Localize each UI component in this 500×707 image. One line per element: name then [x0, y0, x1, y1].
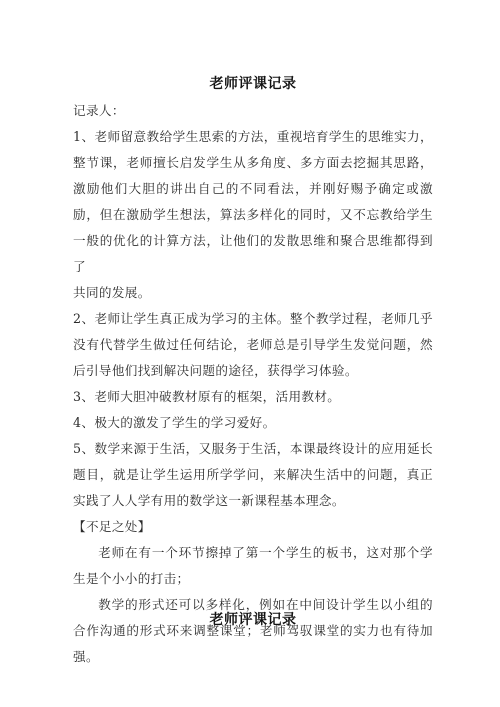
document-title: 老师评课记录 [73, 75, 433, 93]
point-number: 1、 [73, 129, 94, 144]
shortcoming-1: 老师在有一个环节擦掉了第一个学生的板书，这对那个学生是个小小的打击； [73, 540, 433, 592]
point-4: 4、极大的激发了学生的学习爱好。 [73, 410, 433, 436]
point-text: 老师留意教给学生思索的方法，重视培育学生的思维实力，整节课，老师擅长启发学生从多… [73, 129, 433, 274]
point-number: 5、 [73, 441, 94, 456]
point-text: 数学来源于生活，又服务于生活，本课最终设计的应用延长题目，就是让学生运用所学学问… [73, 441, 433, 508]
point-number: 3、 [73, 389, 94, 404]
point-text: 极大的激发了学生的学习爱好。 [94, 415, 275, 430]
next-document-title: 老师评课记录 [73, 611, 433, 629]
point-3: 3、老师大胆冲破教材原有的框架，活用教材。 [73, 384, 433, 410]
point-number: 2、 [73, 311, 94, 326]
point-1-continuation: 共同的发展。 [73, 280, 433, 306]
point-2: 2、老师让学生真正成为学习的主体。整个教学过程，老师几乎没有代替学生做过任何结论… [73, 306, 433, 384]
point-number: 4、 [73, 415, 94, 430]
point-1: 1、老师留意教给学生思索的方法，重视培育学生的思维实力，整节课，老师擅长启发学生… [73, 124, 433, 280]
shortcomings-heading: 【不足之处】 [73, 514, 433, 540]
point-text: 老师大胆冲破教材原有的框架，活用教材。 [94, 389, 340, 404]
recorder-label: 记录人： [73, 98, 433, 124]
shortcoming-2: 教学的形式还可以多样化，例如在中间设计学生以小组的合作沟通的形式环来调整课堂；老… [73, 592, 433, 670]
point-5: 5、数学来源于生活，又服务于生活，本课最终设计的应用延长题目，就是让学生运用所学… [73, 436, 433, 514]
document-body: 记录人： 1、老师留意教给学生思索的方法，重视培育学生的思维实力，整节课，老师擅… [73, 98, 433, 670]
point-text: 老师让学生真正成为学习的主体。整个教学过程，老师几乎没有代替学生做过任何结论，老… [73, 311, 433, 378]
